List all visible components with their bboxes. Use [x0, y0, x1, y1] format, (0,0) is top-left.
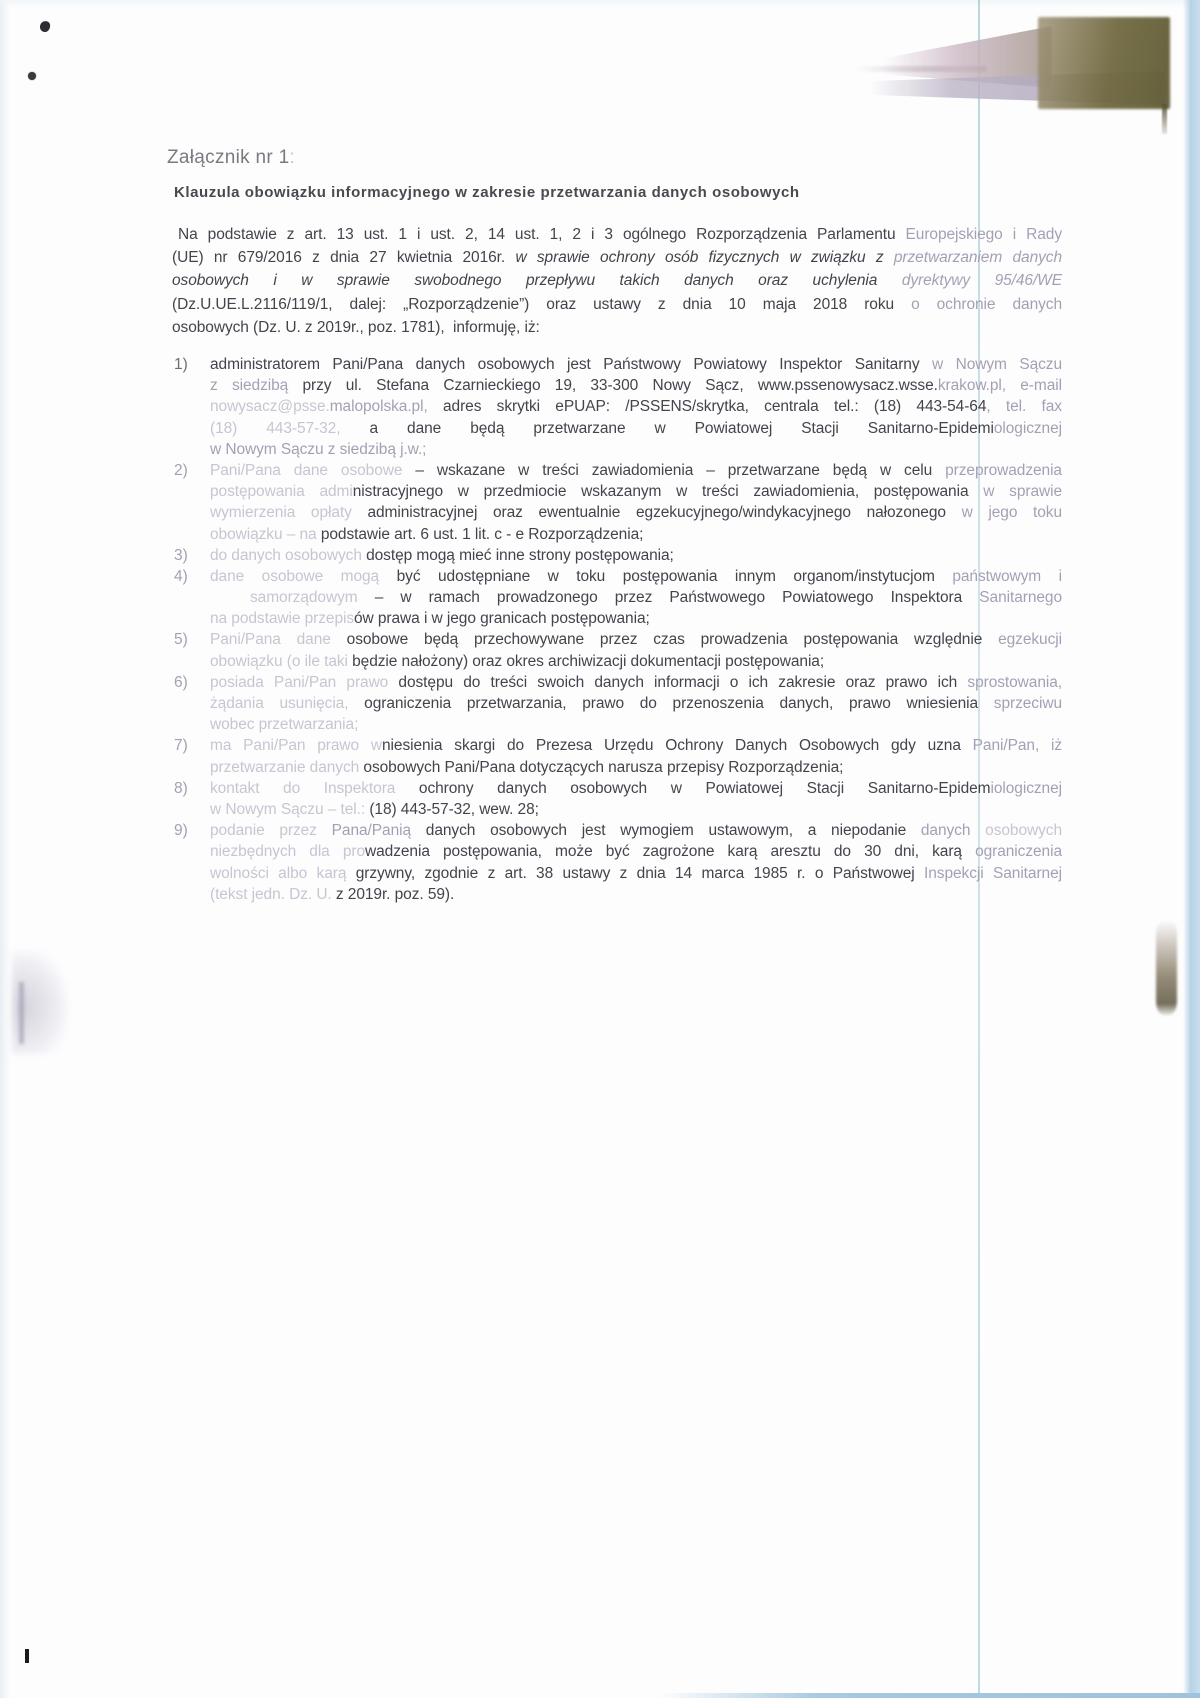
text-segment: osobowych i w sprawie swobodnego przepły…: [172, 272, 902, 289]
text-segment: w sprawie: [983, 483, 1062, 500]
item-body: posiada Pani/Pan prawo dostępu do treści…: [210, 672, 1062, 736]
item-number: 1): [174, 354, 188, 375]
text-segment: niezbędnych dla pro: [210, 843, 365, 860]
text-segment: – wskazane w treści zawiadomienia – prze…: [402, 462, 945, 479]
text-segment: przy ul. Stefana Czarnieckiego 19, 33-30…: [288, 377, 938, 394]
text-segment: dostępu do treści swoich danych informac…: [388, 674, 967, 691]
text-line: Na podstawie z art. 13 ust. 1 i ust. 2, …: [172, 223, 1062, 246]
text-line: przetwarzanie danych osobowych Pani/Pana…: [210, 757, 1062, 778]
text-segment: Pana/Panią: [332, 822, 411, 839]
text-line: posiada Pani/Pan prawo dostępu do treści…: [210, 672, 1062, 693]
text-segment: (Dz.U.UE.L.2116/119/1, dalej: „Rozporząd…: [172, 296, 911, 313]
text-segment: podstawie art. 6 ust. 1 lit. c - e Rozpo…: [321, 526, 644, 543]
scan-smudge-top-right: [856, 6, 1172, 134]
text-line: wolności albo karą grzywny, zgodnie z ar…: [210, 863, 1062, 884]
text-segment: w sprawie ochrony osób fizycznych w zwią…: [515, 249, 893, 266]
text-segment: samorządowym: [250, 589, 358, 606]
text-segment: z 2019r. poz. 59).: [336, 886, 454, 903]
item-number: 5): [174, 629, 188, 650]
item-body: administratorem Pani/Pana danych osobowy…: [210, 354, 1062, 460]
text-segment: Sanitarnego: [979, 589, 1062, 606]
text-line: obowiązku (o ile taki będzie nałożony) o…: [210, 651, 1062, 672]
text-segment: osobowych (Dz. U. z 2019r., poz. 1781), …: [172, 319, 540, 336]
list-item: 7)ma Pani/Pan prawo wniesienia skargi do…: [173, 735, 1062, 777]
list-item: 8)kontakt do Inspektora ochrony danych o…: [173, 778, 1062, 820]
text-line: na podstawie przepisów prawa i w jego gr…: [210, 608, 1062, 629]
text-segment: a dane będą przetwarzane w Powiatowej St…: [369, 420, 993, 437]
text-segment: o ochronie danych: [911, 296, 1062, 313]
text-segment: z siedzibą: [210, 377, 288, 394]
text-line: w Nowym Sączu – tel.: (18) 443-57-32, we…: [210, 799, 1062, 820]
text-segment: kontakt do Inspektora: [210, 780, 395, 797]
text-segment: obowiązku (o ile taki: [210, 653, 352, 670]
text-segment: osobowych Pani/Pana dotyczących narusza …: [359, 759, 843, 776]
text-line: osobowych (Dz. U. z 2019r., poz. 1781), …: [172, 316, 1062, 339]
text-segment: Na podstawie z art. 13 ust. 1 i ust. 2, …: [178, 226, 906, 243]
list-item: 9)podanie przez Pana/Panią danych osobow…: [173, 820, 1062, 905]
item-body: ma Pani/Pan prawo wniesienia skargi do P…: [210, 735, 1062, 777]
text-segment: przeprowadzenia: [945, 462, 1062, 479]
list-item: 1)administratorem Pani/Pana danych osobo…: [173, 354, 1062, 460]
list-item: 5)Pani/Pana dane osobowe będą przechowyw…: [173, 629, 1062, 671]
smudge-dark-block: [1038, 17, 1170, 109]
text-segment: (18) 443-57-32,: [210, 420, 369, 437]
smudge-tail: [1162, 104, 1167, 134]
scan-blue-strip-bottom: [660, 1693, 1200, 1698]
text-line: niezbędnych dla prowadzenia postępowania…: [210, 841, 1062, 862]
text-segment: Inspekcji Sanitarnej: [924, 865, 1062, 882]
document-title: Klauzula obowiązku informacyjnego w zakr…: [174, 184, 800, 201]
item-number: 3): [174, 545, 188, 566]
text-segment: (18) 443-57-32, wew. 28;: [365, 801, 539, 818]
text-segment: przetwarzaniem danych: [894, 249, 1062, 266]
text-segment: danych osobowych jest wymogiem ustawowym…: [411, 822, 921, 839]
text-segment: administratorem Pani/Pana danych osobowy…: [210, 356, 932, 373]
attachment-label: Załącznik nr 1:: [167, 147, 295, 169]
text-line: z siedzibą przy ul. Stefana Czarnieckieg…: [210, 375, 1062, 396]
text-segment: danych: [921, 822, 985, 839]
item-number: 9): [174, 820, 188, 841]
text-line: (tekst jedn. Dz. U. z 2019r. poz. 59).: [210, 884, 1062, 905]
item-body: kontakt do Inspektora ochrony danych oso…: [210, 778, 1062, 820]
item-number: 2): [174, 460, 188, 481]
text-line: postępowania administracyjnego w przedmi…: [210, 481, 1062, 502]
attachment-label-colon: :: [289, 147, 295, 168]
text-segment: być udostępniane w toku postępowania inn…: [379, 568, 952, 585]
text-segment: dane osobowe mogą: [210, 568, 379, 585]
text-line: osobowych i w sprawie swobodnego przepły…: [172, 269, 1062, 292]
ink-mark-bottom-left: [25, 1649, 29, 1663]
text-line: (Dz.U.UE.L.2116/119/1, dalej: „Rozporząd…: [172, 293, 1062, 316]
text-segment: w Nowym Sączu – tel.:: [210, 801, 365, 818]
text-line: Pani/Pana dane osobowe będą przechowywan…: [210, 629, 1062, 650]
text-line: wobec przetwarzania;: [210, 714, 1062, 735]
text-segment: posiada Pani/Pan prawo: [210, 674, 388, 691]
text-segment: – w ramach prowadzonego przez Państwoweg…: [358, 589, 980, 606]
text-line: wymierzenia opłaty administracyjnej oraz…: [210, 502, 1062, 523]
text-segment: wobec przetwarzania;: [210, 716, 358, 733]
text-line: Pani/Pana dane osobowe – wskazane w treś…: [210, 460, 1062, 481]
text-segment: egzekucji: [998, 631, 1062, 648]
text-segment: ograniczenia: [975, 843, 1062, 860]
text-segment: w jego toku: [962, 504, 1062, 521]
ink-dot-top-2: [28, 72, 36, 80]
text-line: w Nowym Sączu z siedzibą j.w.;: [210, 439, 1062, 460]
text-segment: przetwarzanie danych: [210, 759, 359, 776]
text-segment: Pani/Pana dane: [210, 631, 347, 648]
item-number: 6): [174, 672, 188, 693]
item-number: 4): [174, 566, 188, 587]
text-line: obowiązku – na podstawie art. 6 ust. 1 l…: [210, 524, 1062, 545]
text-segment: osobowych: [985, 822, 1062, 839]
text-segment: Europejskiego i Rady: [906, 226, 1062, 243]
text-segment: osobowe będą przechowywane przez czas pr…: [347, 631, 998, 648]
item-body: Pani/Pana dane osobowe – wskazane w treś…: [210, 460, 1062, 545]
text-line: (18) 443-57-32, a dane będą przetwarzane…: [210, 418, 1062, 439]
item-body: Pani/Pana dane osobowe będą przechowywan…: [210, 629, 1062, 671]
text-segment: podanie przez: [210, 822, 332, 839]
text-segment: (tekst jedn. Dz. U.: [210, 886, 336, 903]
text-segment: państwowym i: [952, 568, 1062, 585]
list-item: 4)dane osobowe mogą być udostępniane w t…: [173, 566, 1062, 630]
text-segment: dostęp mogą mieć inne strony postępowani…: [362, 547, 674, 564]
scan-dark-bar-right: [1156, 920, 1177, 1015]
text-segment: na podstawie przepis: [210, 610, 354, 627]
text-segment: sprzeciwu: [994, 695, 1062, 712]
text-line: nowysacz@psse.malopolska.pl, adres skryt…: [210, 396, 1062, 417]
ink-dot-top-1: [39, 20, 52, 33]
item-number: 7): [174, 735, 188, 756]
numbered-info-list: 1)administratorem Pani/Pana danych osobo…: [173, 354, 1062, 905]
text-segment: postępowania admi: [210, 483, 353, 500]
text-segment: dyrektywy 95/46/WE: [902, 272, 1062, 289]
scanned-document-page: Załącznik nr 1: Klauzula obowiązku infor…: [0, 0, 1200, 1698]
text-segment: niesienia skargi do Prezesa Urzędu Ochro…: [382, 737, 973, 754]
text-line: dane osobowe mogą być udostępniane w tok…: [210, 566, 1062, 587]
text-segment: do danych osobowych: [210, 547, 362, 564]
item-body: do danych osobowych dostęp mogą mieć inn…: [210, 545, 1062, 566]
text-segment: ologicznej: [994, 420, 1062, 437]
text-line: administratorem Pani/Pana danych osobowy…: [210, 354, 1062, 375]
text-segment: w Nowym Sączu: [932, 356, 1062, 373]
text-segment: obowiązku – na: [210, 526, 321, 543]
text-segment: Pani/Pana dane osobowe: [210, 462, 402, 479]
item-body: podanie przez Pana/Panią danych osobowyc…: [210, 820, 1062, 905]
text-segment: wymierzenia opłaty: [210, 504, 352, 521]
text-segment: w Nowym Sączu z siedzibą j.w.;: [210, 441, 426, 458]
text-line: (UE) nr 679/2016 z dnia 27 kwietnia 2016…: [172, 246, 1062, 269]
text-segment: wolności albo karą: [210, 865, 356, 882]
text-segment: sprostowania,: [967, 674, 1062, 691]
attachment-label-text: Załącznik nr 1: [167, 147, 289, 168]
item-body: dane osobowe mogą być udostępniane w tok…: [210, 566, 1062, 630]
text-segment: wadzenia postępowania, może być zagrożon…: [365, 843, 975, 860]
text-segment: administracyjnej oraz ewentualnie egzeku…: [352, 504, 962, 521]
text-segment: ma Pani/Pan prawo w: [210, 737, 382, 754]
text-line: do danych osobowych dostęp mogą mieć inn…: [210, 545, 1062, 566]
list-item: 3)do danych osobowych dostęp mogą mieć i…: [173, 545, 1062, 566]
item-number: 8): [174, 778, 188, 799]
text-segment: krakow.pl, e-mail: [938, 377, 1062, 394]
list-item: 2)Pani/Pana dane osobowe – wskazane w tr…: [173, 460, 1062, 545]
text-line: kontakt do Inspektora ochrony danych oso…: [210, 778, 1062, 799]
text-segment: nowysacz@psse.: [210, 398, 330, 415]
text-segment: żądania usunięcia,: [210, 695, 348, 712]
text-line: podanie przez Pana/Panią danych osobowyc…: [210, 820, 1062, 841]
text-segment: adres skrytki ePUAP: /PSSENS/skrytka, ce…: [428, 398, 987, 415]
intro-paragraph: Na podstawie z art. 13 ust. 1 i ust. 2, …: [172, 223, 1062, 339]
text-segment: (UE) nr 679/2016 z dnia 27 kwietnia 2016…: [172, 249, 515, 266]
scan-edge-tint-left: [0, 0, 10, 1698]
text-line: żądania usunięcia, ograniczenia przetwar…: [210, 693, 1062, 714]
text-line: ma Pani/Pan prawo wniesienia skargi do P…: [210, 735, 1062, 756]
text-segment: nistracyjnego w przedmiocie wskazanym w …: [353, 483, 984, 500]
text-segment: ochrony danych osobowych w Powiatowej St…: [395, 780, 990, 797]
text-segment: grzywny, zgodnie z art. 38 ustawy z dnia…: [356, 865, 924, 882]
text-segment: ów prawa i w jego granicach postępowania…: [354, 610, 650, 627]
text-segment: , tel. fax: [986, 398, 1062, 415]
text-segment: ograniczenia przetwarzania, prawo do prz…: [348, 695, 993, 712]
scan-blue-strip-right: [1183, 0, 1200, 1698]
scan-smudge-left-core: [19, 982, 24, 1044]
list-item: 6)posiada Pani/Pan prawo dostępu do treś…: [173, 672, 1062, 736]
text-segment: malopolska.pl,: [330, 398, 428, 415]
text-segment: będzie nałożony) oraz okres archiwizacji…: [352, 653, 824, 670]
text-segment: iologicznej: [991, 780, 1063, 797]
text-line: samorządowym – w ramach prowadzonego prz…: [210, 587, 1062, 608]
text-segment: Pani/Pan, iż: [973, 737, 1062, 754]
